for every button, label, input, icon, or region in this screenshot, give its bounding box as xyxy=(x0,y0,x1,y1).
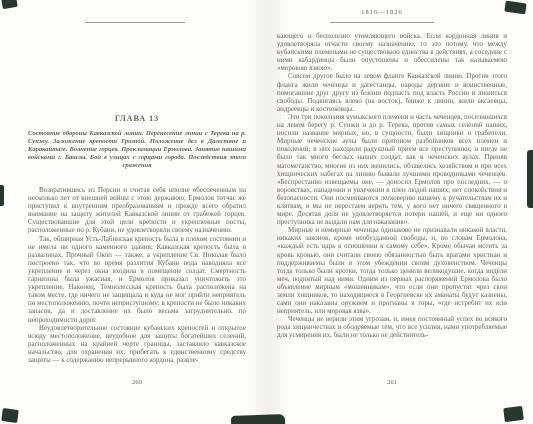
paragraph: Чеченцы не верили этим угрозам, и, имея … xyxy=(277,315,507,339)
left-page-text: Возвратившись из Персии и считая себя вп… xyxy=(28,186,246,364)
chapter-summary: Состояние обороны Кавказской линии. Пере… xyxy=(28,130,246,170)
paragraph: Так, обширная Усть-Лабинская крепость бы… xyxy=(28,235,246,324)
cover-mark-right-edge xyxy=(527,150,533,208)
paragraph: Возвратившись из Персии и считая себя вп… xyxy=(28,186,246,235)
right-page-text: кающего и бесполезно утомляющего войска.… xyxy=(277,32,507,340)
paragraph: кающего и бесполезно утомляющего войска.… xyxy=(277,32,507,72)
paragraph: Мирные и немирные чеченцы одинаково не п… xyxy=(277,226,507,315)
right-page: 1816—1826 кающего и бесполезно утомляюще… xyxy=(277,0,507,424)
paragraph: Неудовлетворительное состояние кубанских… xyxy=(28,324,246,364)
book-spread: ГЛАВА 13 Состояние обороны Кавказской ли… xyxy=(0,0,533,424)
paragraph: Эти три поколения кумыкского племени и ч… xyxy=(277,113,507,226)
left-page-number: 260 xyxy=(28,379,246,386)
chapter-title: ГЛАВА 13 xyxy=(28,114,246,123)
cover-mark-left-edge xyxy=(0,185,4,206)
cover-mark-top-left xyxy=(1,0,18,9)
running-head-years: 1816—1826 xyxy=(330,9,434,16)
right-page-number: 261 xyxy=(277,379,507,386)
left-page: ГЛАВА 13 Состояние обороны Кавказской ли… xyxy=(28,0,246,424)
right-running-head-rule xyxy=(330,22,434,23)
paragraph: Совсем другое было на левом фланге Кавка… xyxy=(277,72,507,112)
left-running-head-rule xyxy=(85,22,185,23)
cover-mark-top-right xyxy=(504,1,526,15)
cover-mark-bottom-left xyxy=(1,408,19,423)
